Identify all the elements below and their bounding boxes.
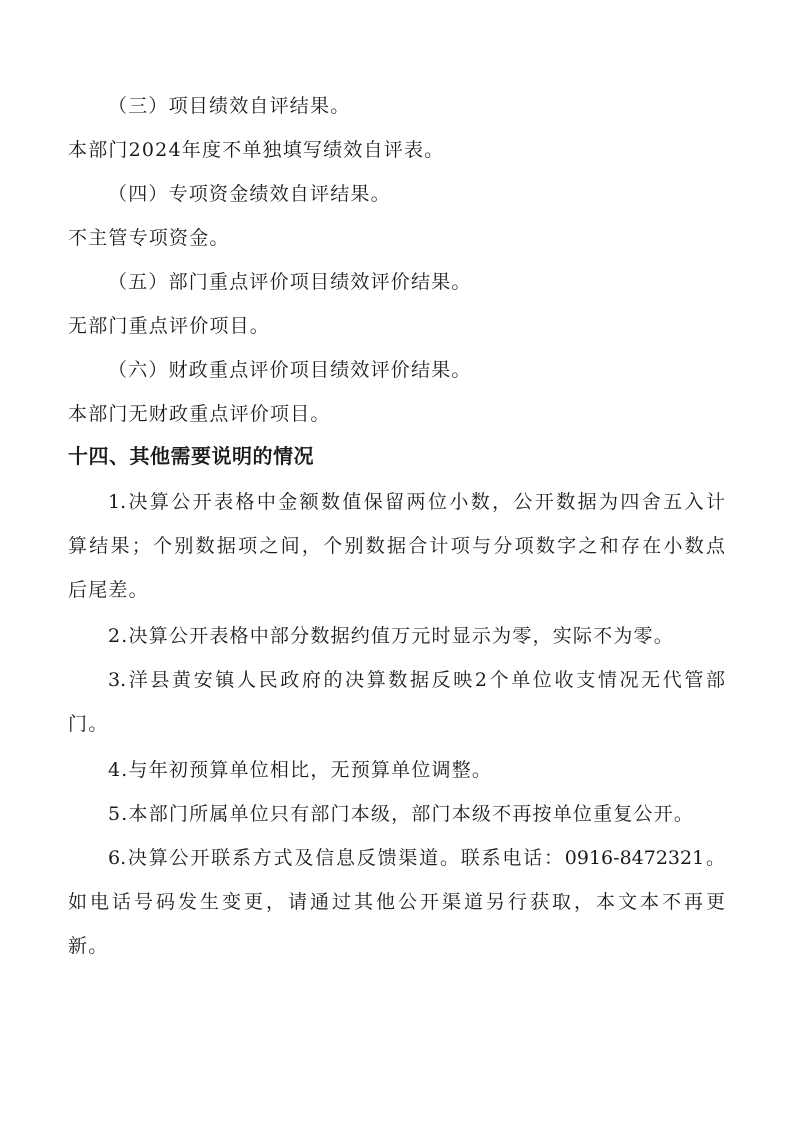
subheading-special-fund-evaluation: （四）专项资金绩效自评结果。: [108, 182, 391, 206]
note-1-line-3: 后尾差。: [68, 578, 149, 602]
note-2: 2.决算公开表格中部分数据约值万元时显示为零，实际不为零。: [108, 624, 674, 648]
note-1-line-1: 1.决算公开表格中金额数值保留两位小数，公开数据为四舍五入计: [108, 490, 725, 514]
subheading-project-self-evaluation: （三）项目绩效自评结果。: [108, 94, 350, 118]
note-1-line-2: 算结果；个别数据项之间，个别数据合计项与分项数字之和存在小数点: [68, 534, 725, 558]
subheading-finance-key-evaluation: （六）财政重点评价项目绩效评价结果。: [108, 358, 472, 382]
section-heading-other-notes: 十四、其他需要说明的情况: [68, 444, 314, 468]
note-3-line-2: 门。: [68, 712, 108, 736]
body-no-finance-key-project: 本部门无财政重点评价项目。: [68, 402, 331, 426]
note-4: 4.与年初预算单位相比，无预算单位调整。: [108, 758, 492, 782]
body-no-special-fund: 不主管专项资金。: [68, 226, 230, 250]
subheading-dept-key-evaluation: （五）部门重点评价项目绩效评价结果。: [108, 270, 472, 294]
note-3-line-1: 3.洋县黄安镇人民政府的决算数据反映2个单位收支情况无代管部: [108, 668, 725, 692]
body-no-self-evaluation-form: 本部门2024年度不单独填写绩效自评表。: [68, 138, 444, 162]
note-6-line-3: 新。: [68, 934, 108, 958]
note-6-line-2: 如电话号码发生变更，请通过其他公开渠道另行获取，本文本不再更: [68, 890, 725, 914]
body-no-dept-key-project: 无部门重点评价项目。: [68, 314, 270, 338]
document-page: （三）项目绩效自评结果。 本部门2024年度不单独填写绩效自评表。 （四）专项资…: [0, 0, 793, 1122]
note-5: 5.本部门所属单位只有部门本级，部门本级不再按单位重复公开。: [108, 802, 694, 826]
note-6-line-1: 6.决算公开联系方式及信息反馈渠道。联系电话：0916-8472321。: [108, 846, 725, 870]
